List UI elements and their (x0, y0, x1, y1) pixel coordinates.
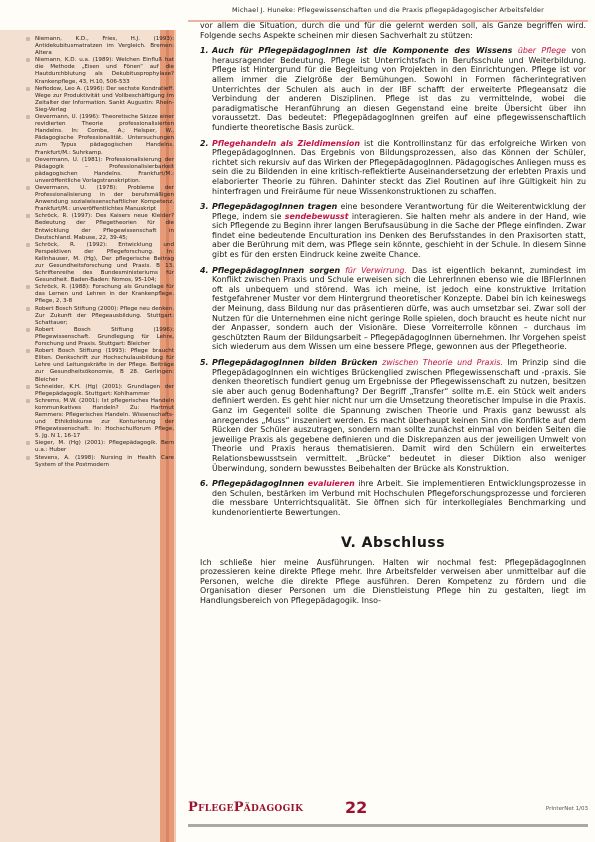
bullet-icon (26, 158, 30, 162)
reference-item: Oevermann, U. (1996): Theoretische Skizz… (34, 114, 174, 157)
reference-item: Schröck, R. (1992): Entwicklung und Pers… (34, 242, 174, 285)
issue-label: PrInterNet 1/03 (546, 806, 588, 812)
item-number: 5. (200, 358, 209, 368)
item-text: Im Prinzip sind die PflegepädagogInnen e… (212, 358, 586, 473)
item-text: von herausragender Bedeutung. Pflege ist… (212, 46, 586, 132)
reference-item: Schröck, R. (1988): Forschung als Grundl… (34, 284, 174, 305)
aspect-list: 1. Auch für PflegepädagogInnen ist die K… (200, 46, 586, 517)
reference-item: Schröck, R. (1997): Des Kaisers neue Kle… (34, 213, 174, 241)
item-lead: PflegepädagogInnen bilden Brücken (212, 358, 378, 367)
main-column: vor allem die Situation, durch die und f… (200, 21, 586, 605)
item-number: 4. (200, 266, 209, 276)
reference-item: Sieger, M. (Hg) (2001): Pflegepädagogik.… (34, 440, 174, 454)
reference-item: Robert Bosch Stiftung (1996): Pflegewiss… (34, 327, 174, 348)
running-header: Michael J. Huneke: Pflegewissenschaften … (188, 6, 588, 22)
item-highlight: evaluieren (308, 479, 355, 488)
aspect-item-1: 1. Auch für PflegepädagogInnen ist die K… (200, 46, 586, 132)
reference-list: Niemann, K.D., Fries, H.J. (1993): Antid… (34, 36, 174, 469)
closing-paragraph: Ich schließe hier meine Ausführungen. Ha… (200, 558, 586, 606)
item-number: 3. (200, 202, 209, 212)
bullet-icon (26, 385, 30, 389)
bullet-icon (26, 58, 30, 62)
reference-item: Robert Bosch Stiftung (2000): Pflege neu… (34, 306, 174, 327)
bullet-icon (26, 243, 30, 247)
item-number: 1. (200, 46, 209, 56)
section-heading: V. Abschluss (200, 534, 586, 552)
item-text: Das ist eigentlich bekannt, zumindest im… (212, 266, 586, 352)
aspect-item-3: 3. PflegepädagogInnen tragen eine besond… (200, 202, 586, 260)
bullet-icon (26, 307, 30, 311)
item-lead: PflegepädagogInnen tragen (212, 202, 337, 211)
aspect-item-5: 5. PflegepädagogInnen bilden Brücken zwi… (200, 358, 586, 473)
decorative-stripe-edge (174, 30, 176, 842)
bullet-icon (26, 349, 30, 353)
reference-item: Oevermann, U. (1981): Professionalisieru… (34, 157, 174, 185)
intro-paragraph: vor allem die Situation, durch die und f… (200, 21, 586, 40)
bullet-icon (26, 328, 30, 332)
bullet-icon (26, 285, 30, 289)
item-highlight: sendebewusst (285, 212, 349, 221)
page-footer: PflegePädagogik 22 PrInterNet 1/03 (188, 800, 588, 827)
page-number: 22 (345, 798, 367, 817)
item-lead: Auch für PflegepädagogInnen ist die Komp… (212, 46, 512, 55)
reference-item: Robert Bosch Stiftung (1993): Pflege bra… (34, 348, 174, 383)
reference-item: Niemann, K.D., Fries, H.J. (1993): Antid… (34, 36, 174, 57)
journal-brand: PflegePädagogik (188, 800, 303, 815)
bullet-icon (26, 441, 30, 445)
reference-item: Schrems, M.W. (2001): Ist pflegerisches … (34, 398, 174, 441)
bullet-icon (26, 456, 30, 460)
item-lead: PflegepädagogInnen (212, 479, 304, 488)
aspect-item-6: 6. PflegepädagogInnen evaluieren ihre Ar… (200, 479, 586, 517)
item-number: 6. (200, 479, 209, 489)
aspect-item-4: 4. PflegepädagogInnen sorgen für Verwirr… (200, 266, 586, 352)
item-lead: PflegepädagogInnen sorgen (212, 266, 340, 275)
reference-item: Stevens, A. (1998): Nursing in Health Ca… (34, 455, 174, 469)
bullet-icon (26, 399, 30, 403)
bullet-icon (26, 115, 30, 119)
bullet-icon (26, 214, 30, 218)
item-highlight: Pflegehandeln als Zieldimension (212, 139, 360, 148)
item-highlight: für Verwirrung. (345, 266, 407, 275)
item-number: 2. (200, 139, 209, 149)
reference-item: Niemann, K.D. u.a. (1989): Welchen Einfl… (34, 57, 174, 85)
reference-item: Schneider, K.H. (Hg) (2001): Grundlagen … (34, 384, 174, 398)
bullet-icon (26, 37, 30, 41)
item-highlight: über Pflege (518, 46, 566, 55)
bullet-icon (26, 186, 30, 190)
item-highlight: zwischen Theorie und Praxis. (382, 358, 503, 367)
bullet-icon (26, 87, 30, 91)
aspect-item-2: 2. Pflegehandeln als Zieldimension ist d… (200, 139, 586, 197)
reference-item: Oevermann, U. (1978): Probleme der Profe… (34, 185, 174, 213)
reference-item: Nefiodow, Leo A. (1996): Der sechste Kon… (34, 86, 174, 114)
